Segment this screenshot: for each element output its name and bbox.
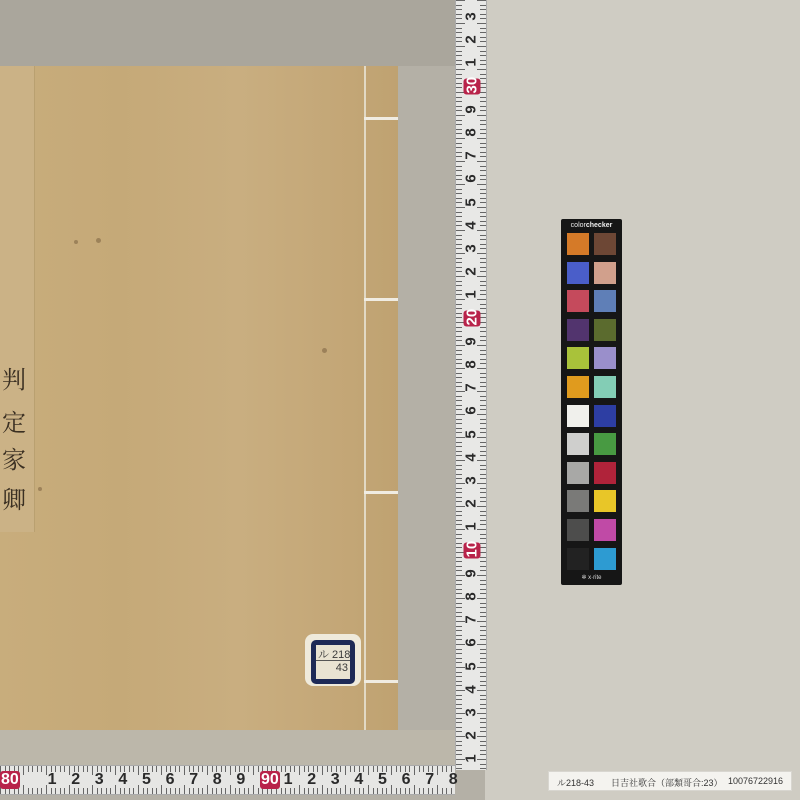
color-checker-chart: colorchecker ✲ x·rite (561, 219, 622, 585)
ruler-tick (423, 766, 424, 772)
color-swatch (567, 405, 589, 427)
ruler-tick (456, 676, 462, 677)
ruler-tick (480, 308, 486, 309)
ruler-tick (363, 766, 364, 772)
ruler-tick (480, 83, 486, 84)
ruler-tick (456, 244, 462, 245)
ruler-label: 1 (284, 771, 293, 789)
ruler-tick (437, 766, 438, 775)
ruler-tick (480, 55, 486, 56)
ruler-tick (225, 766, 226, 772)
color-swatch (594, 405, 616, 427)
ruler-tick (138, 766, 139, 775)
color-swatch (567, 319, 589, 341)
ruler-tick (480, 662, 486, 663)
color-swatch (567, 233, 589, 255)
ruler-tick (69, 766, 70, 775)
ruler-tick (480, 18, 486, 19)
ruler-tick (456, 267, 462, 268)
ruler-tick (419, 766, 420, 772)
ruler-tick (456, 386, 462, 387)
ruler-tick (456, 635, 462, 636)
ruler-tick (456, 32, 462, 33)
ruler-tick (456, 708, 462, 709)
ruler-tick (480, 465, 486, 466)
ruler-tick (480, 432, 486, 433)
ruler-tick (456, 589, 462, 590)
ruler-label: 7 (425, 771, 434, 789)
ruler-tick (456, 442, 462, 443)
ruler-tick (396, 766, 397, 772)
ruler-tick (480, 290, 486, 291)
ruler-label: 3 (95, 771, 104, 789)
ruler-tick (69, 785, 70, 794)
binding-thread-vertical (364, 66, 366, 730)
ruler-label: 8 (463, 590, 480, 604)
ruler-tick (456, 5, 462, 6)
ruler-tick (480, 727, 486, 728)
ruler-tick (419, 788, 420, 794)
ruler-tick (281, 766, 282, 772)
ruler-label: 2 (463, 729, 480, 743)
ruler-tick (456, 225, 462, 226)
ruler-tick (281, 788, 282, 794)
ruler-tick (456, 722, 462, 723)
ruler-label: 9 (463, 334, 480, 348)
ruler-tick (456, 78, 462, 79)
ruler-tick (456, 101, 462, 102)
ruler-tick (456, 175, 462, 176)
stain (96, 238, 101, 243)
ruler-tick (480, 189, 486, 190)
ruler-label: 1 (463, 520, 480, 534)
ruler-tick (480, 294, 486, 295)
ruler-tick (294, 766, 295, 772)
ruler-tick (480, 451, 486, 452)
ruler-tick (456, 547, 462, 548)
ruler-tick (480, 469, 486, 470)
ruler-tick (110, 766, 111, 772)
ruler-tick (480, 515, 486, 516)
ruler-tick (480, 538, 486, 539)
ruler-tick (184, 785, 185, 794)
color-swatch (567, 262, 589, 284)
ruler-tick (480, 37, 486, 38)
ruler-tick (456, 83, 462, 84)
ruler-tick (456, 239, 462, 240)
ruler-tick (477, 0, 486, 1)
ruler-tick (456, 653, 462, 654)
ruler-tick (225, 788, 226, 794)
ruler-tick (41, 766, 42, 772)
ruler-label: 80 (0, 771, 20, 789)
ruler-tick (456, 170, 462, 171)
ruler-tick (480, 120, 486, 121)
ruler-tick (456, 543, 462, 544)
ruler-tick (480, 658, 486, 659)
ruler-tick (156, 788, 157, 794)
ruler-tick (480, 764, 486, 765)
ruler-tick (456, 524, 462, 525)
ruler-tick (41, 788, 42, 794)
ruler-tick (480, 101, 486, 102)
ruler-tick (480, 681, 486, 682)
ruler-label: 7 (189, 771, 198, 789)
color-swatch (594, 462, 616, 484)
ruler-tick (456, 166, 462, 167)
shelf-label-frame: ル 218 43 (311, 640, 355, 684)
color-swatch (594, 347, 616, 369)
ruler-tick (480, 511, 486, 512)
ruler-label: 3 (463, 242, 480, 256)
ruler-label: 7 (463, 613, 480, 627)
ruler-tick (456, 570, 462, 571)
ruler-tick (456, 294, 462, 295)
ruler-tick (18, 788, 19, 794)
ruler-label: 2 (463, 497, 480, 511)
ruler-tick (456, 455, 462, 456)
ruler-tick (480, 718, 486, 719)
ruler-tick (456, 419, 462, 420)
ruler-label: 1 (463, 288, 480, 302)
ruler-tick (248, 766, 249, 772)
ruler-tick (480, 5, 486, 6)
ruler-tick (391, 766, 392, 775)
ruler-tick (480, 639, 486, 640)
shelf-label-divider (316, 660, 350, 661)
title-char: 定 (2, 408, 26, 438)
background-top (0, 0, 455, 66)
ruler-tick (480, 524, 486, 525)
ruler-label: 5 (142, 771, 151, 789)
ruler-tick (456, 281, 462, 282)
ruler-tick (480, 14, 486, 15)
color-swatch (594, 376, 616, 398)
ruler-tick (480, 382, 486, 383)
ruler-tick (480, 745, 486, 746)
ruler-tick (456, 630, 462, 631)
ruler-tick (456, 308, 462, 309)
ruler-tick (456, 501, 462, 502)
ruler-tick (480, 492, 486, 493)
ruler-tick (456, 520, 462, 521)
ruler-tick (456, 336, 462, 337)
ruler-tick (32, 788, 33, 794)
ruler-tick (480, 685, 486, 686)
ruler-tick (317, 766, 318, 772)
ruler-tick (363, 788, 364, 794)
ruler-tick (115, 785, 116, 794)
ruler-tick (480, 60, 486, 61)
ruler-tick (456, 18, 462, 19)
ruler-tick (456, 373, 462, 374)
ruler-tick (480, 768, 486, 769)
ruler-tick (456, 685, 462, 686)
ruler-tick (480, 28, 486, 29)
ruler-tick (480, 235, 486, 236)
ruler-tick (480, 64, 486, 65)
ruler-tick (480, 331, 486, 332)
shelf-label: ル 218 43 (305, 634, 361, 686)
ruler-tick (480, 708, 486, 709)
color-swatch (567, 433, 589, 455)
color-swatch (594, 319, 616, 341)
ruler-tick (480, 520, 486, 521)
ruler-tick (446, 788, 447, 794)
ruler-tick (480, 258, 486, 259)
ruler-label: 2 (307, 771, 316, 789)
ruler-tick (456, 248, 462, 249)
title-char: 卿 (2, 485, 26, 515)
ruler-tick (368, 766, 369, 775)
ruler-tick (480, 405, 486, 406)
ruler-label: 8 (449, 771, 458, 789)
ruler-tick (456, 202, 462, 203)
ruler-tick (456, 0, 465, 1)
ruler-tick (456, 317, 462, 318)
ruler-tick (456, 350, 462, 351)
ruler-tick (456, 649, 462, 650)
ruler-tick (456, 400, 462, 401)
ruler-tick (175, 766, 176, 772)
ruler-tick (87, 788, 88, 794)
ruler-tick (368, 785, 369, 794)
ruler-tick (350, 788, 351, 794)
ruler-tick (480, 649, 486, 650)
ruler-tick (456, 515, 462, 516)
ruler-tick (456, 235, 462, 236)
ruler-tick (480, 239, 486, 240)
ruler-tick (480, 32, 486, 33)
ruler-tick (480, 340, 486, 341)
ruler-tick (456, 285, 462, 286)
ruler-tick (230, 785, 231, 794)
ruler-label: 1 (48, 771, 57, 789)
ruler-label: 8 (213, 771, 222, 789)
ruler-tick (480, 653, 486, 654)
ruler-label: 4 (463, 450, 480, 464)
ruler-tick (480, 442, 486, 443)
ruler-tick (23, 766, 24, 775)
ruler-tick (437, 785, 438, 794)
ruler-tick (480, 570, 486, 571)
ruler-tick (456, 465, 462, 466)
ruler-tick (129, 766, 130, 772)
ruler-tick (64, 788, 65, 794)
ruler-tick (480, 170, 486, 171)
ruler-tick (456, 156, 462, 157)
ruler-tick (345, 766, 346, 775)
ruler-tick (480, 373, 486, 374)
ruler-tick (480, 589, 486, 590)
ruler-tick (340, 766, 341, 772)
ruler-tick (456, 124, 462, 125)
ruler-tick (92, 785, 93, 794)
ruler-tick (456, 681, 462, 682)
ruler-tick (456, 616, 462, 617)
ruler-tick (350, 766, 351, 772)
ruler-tick (456, 718, 462, 719)
ruler-label: 9 (236, 771, 245, 789)
ruler-tick (480, 501, 486, 502)
ruler-tick (480, 557, 486, 558)
ruler-tick (456, 377, 462, 378)
ruler-tick (456, 446, 462, 447)
ruler-tick (480, 607, 486, 608)
ruler-tick (37, 788, 38, 794)
ruler-label: 3 (463, 706, 480, 720)
ruler-tick (456, 87, 462, 88)
color-swatch (567, 347, 589, 369)
ruler-label: 4 (463, 218, 480, 232)
ruler-label: 6 (463, 172, 480, 186)
ruler-tick (456, 143, 462, 144)
ruler-tick (480, 271, 486, 272)
ruler-tick (456, 120, 462, 121)
ruler-tick (456, 271, 462, 272)
ruler-tick (480, 754, 486, 755)
ruler-tick (456, 133, 462, 134)
ruler-tick (156, 766, 157, 772)
ruler-tick (480, 400, 486, 401)
ruler-tick (480, 51, 486, 52)
ruler-tick (92, 766, 93, 775)
ruler-tick (480, 336, 486, 337)
ruler-tick (83, 788, 84, 794)
ruler-tick (456, 110, 462, 111)
ruler-tick (456, 584, 462, 585)
ruler-tick (480, 386, 486, 387)
ruler-tick (480, 41, 486, 42)
stain (74, 240, 78, 244)
color-swatch (594, 490, 616, 512)
ruler-tick (456, 626, 462, 627)
ruler-tick (480, 156, 486, 157)
ruler-tick (480, 672, 486, 673)
ruler-tick (480, 327, 486, 328)
ruler-tick (456, 97, 462, 98)
ruler-tick (480, 428, 486, 429)
ruler-tick (32, 766, 33, 772)
ruler-tick (456, 51, 462, 52)
binding-stitch (364, 491, 398, 494)
ruler-tick (456, 750, 462, 751)
ruler-tick (456, 488, 462, 489)
ruler-label: 6 (463, 636, 480, 650)
ruler-tick (37, 766, 38, 772)
ruler-label: 2 (463, 33, 480, 47)
ruler-tick (480, 304, 486, 305)
ruler-tick (207, 785, 208, 794)
ruler-tick (456, 451, 462, 452)
ruler-tick (456, 538, 462, 539)
ruler-tick (442, 766, 443, 772)
ruler-tick (456, 258, 462, 259)
ruler-tick (230, 766, 231, 775)
ruler-tick (480, 129, 486, 130)
ruler-tick (480, 133, 486, 134)
ruler-label: 6 (166, 771, 175, 789)
ruler-tick (456, 704, 462, 705)
ruler-tick (480, 225, 486, 226)
ruler-label: 2 (71, 771, 80, 789)
ruler-tick (414, 766, 415, 775)
item-title: 日吉社歌合（部類哥合:23） (611, 776, 723, 789)
ruler-label: 6 (402, 771, 411, 789)
ruler-tick (456, 9, 462, 10)
ruler-tick (456, 607, 462, 608)
xrite-logo: ✲ x·rite (561, 574, 622, 581)
ruler-label: 3 (463, 10, 480, 24)
color-swatch (567, 376, 589, 398)
ruler-tick (28, 766, 29, 772)
ruler-tick (106, 766, 107, 772)
ruler-tick (391, 785, 392, 794)
ruler-label: 3 (463, 474, 480, 488)
ruler-tick (456, 580, 462, 581)
ruler-tick (480, 285, 486, 286)
ruler-tick (480, 267, 486, 268)
ruler-tick (456, 745, 462, 746)
ruler-tick (480, 248, 486, 249)
ruler-tick (480, 212, 486, 213)
ruler-tick (446, 766, 447, 772)
ruler-tick (480, 152, 486, 153)
ruler-tick (456, 14, 462, 15)
ruler-tick (456, 478, 462, 479)
ruler-tick (480, 488, 486, 489)
ruler-label: 5 (463, 659, 480, 673)
ruler-tick (456, 593, 462, 594)
ruler-tick (253, 785, 254, 794)
ruler-tick (456, 212, 462, 213)
ruler-tick (480, 396, 486, 397)
ruler-label: 3 (331, 771, 340, 789)
ruler-tick (456, 754, 462, 755)
title-char: 家 (2, 445, 26, 475)
ruler-tick (480, 722, 486, 723)
ruler-tick (456, 55, 462, 56)
ruler-tick (304, 766, 305, 772)
ruler-label: 7 (463, 149, 480, 163)
ruler-tick (456, 561, 462, 562)
ruler-tick (480, 354, 486, 355)
ruler-tick (480, 147, 486, 148)
ruler-tick (480, 612, 486, 613)
call-number: ル218-43 (557, 776, 594, 789)
ruler-tick (327, 766, 328, 772)
ruler-tick (456, 198, 462, 199)
binding-stitch (364, 117, 398, 120)
catalog-caption: ル218-43 日吉社歌合（部類哥合:23） 10076722916 (548, 771, 792, 791)
ruler-tick (480, 534, 486, 535)
ruler-tick (480, 423, 486, 424)
ruler-label: 4 (463, 682, 480, 696)
ruler-tick (322, 785, 323, 794)
ruler-tick (480, 750, 486, 751)
binding-stitch (364, 298, 398, 301)
ruler-tick (480, 593, 486, 594)
ruler-tick (480, 704, 486, 705)
ruler-label: 30 (464, 78, 481, 94)
ruler-label: 1 (463, 56, 480, 70)
ruler-tick (414, 785, 415, 794)
ruler-tick (480, 731, 486, 732)
shelf-label-row2: 43 (336, 662, 348, 674)
color-swatch (594, 519, 616, 541)
ruler-tick (456, 469, 462, 470)
ruler-label: 7 (463, 381, 480, 395)
